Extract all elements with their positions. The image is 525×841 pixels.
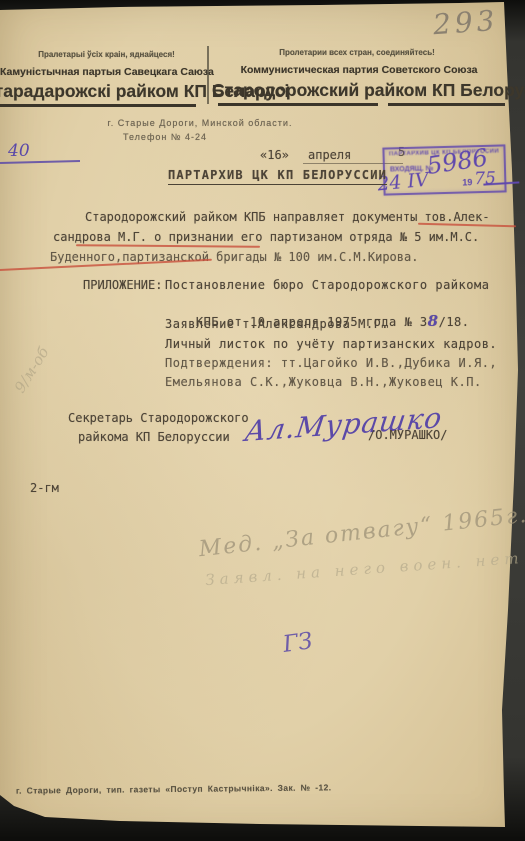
attachments-line-4: Личный листок по учёту партизанских кадр…	[165, 337, 497, 351]
signature-title-line-1: Секретарь Стародорожского	[68, 411, 249, 425]
attachments-line-6: Емельянова С.К.,Жуковца В.Н.,Жуковец К.П…	[165, 375, 482, 389]
letterhead-rule-left	[0, 104, 196, 107]
signature-title-line-2: райкома КП Белоруссии	[78, 430, 230, 444]
typist-mark: 2-гм	[30, 481, 59, 495]
letterhead-address: г. Старые Дороги, Минской области.	[55, 118, 345, 128]
incoming-stamp: ПАРТАРХИВ ЦК КП БЕЛОРУССИИ ВХОДЯЩ. № 598…	[382, 144, 506, 195]
signature-typed-name: /О.МУРАШКО/	[368, 428, 447, 442]
body-line-3: Буденного,партизанской бригады № 100 им.…	[50, 250, 418, 264]
attachments-line-2-typed-after: /18.	[439, 315, 470, 329]
letterhead-phone: Телефон № 4-24	[55, 132, 275, 142]
body-line-1: Стародорожский райком КПБ направляет док…	[85, 210, 490, 224]
attachments-line-1: Постановление бюро Стародорожского райко…	[165, 278, 489, 292]
attachments-label: ПРИЛОЖЕНИЕ:	[83, 278, 162, 292]
margin-number: 40	[8, 141, 30, 161]
pen-mark-center: ГЗ	[281, 628, 314, 658]
attachments-line-3: Заявление т.Александрова М.Г.	[165, 317, 389, 331]
letterhead-rule-middle	[218, 103, 378, 106]
letterhead-right-organization: Стародорожский райком КП Белоруссии	[212, 80, 525, 101]
letterhead-right-slogan: Пролетарии всех стран, соединяйтесь!	[232, 48, 482, 57]
scanned-document-page: 293 Пралетарыі ўсіх краін, яднайцеся! Ка…	[0, 0, 525, 841]
letterhead-rule-right	[388, 103, 505, 106]
letterhead-divider	[207, 46, 209, 104]
attachments-line-2-handwritten-digit: 8	[428, 312, 439, 330]
letterhead-right-party: Коммунистическая партия Советского Союза	[215, 64, 503, 76]
recipient-heading: ПАРТАРХИВ ЦК КП БЕЛОРУССИИ	[168, 168, 387, 185]
letterhead-left-party: Камуністычная партыя Савецкага Саюза	[0, 66, 205, 78]
archive-page-number: 293	[432, 4, 500, 41]
date-month: апреля	[308, 148, 351, 162]
stamp-year-printed: 19	[462, 177, 472, 187]
letterhead-left-slogan: Пралетарыі ўсіх краін, яднайцеся!	[14, 50, 199, 59]
attachments-line-5: Подтверждения: тт.Цагойко И.В.,Дубика И.…	[165, 356, 497, 370]
date-day: «16»	[260, 148, 289, 162]
body-line-2: сандрова М.Г. о признании его партизаном…	[53, 230, 479, 244]
stamp-year-handwritten: 75	[474, 169, 496, 190]
